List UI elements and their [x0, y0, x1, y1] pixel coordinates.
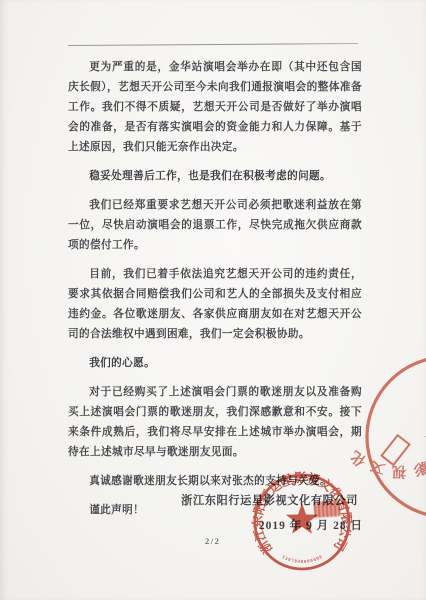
page-number: 2/2: [205, 536, 220, 546]
scanned-statement-page: 更为严重的是，金华站演唱会举办在即（其中还包含国庆长假），艺想天开公司至今未向我…: [0, 0, 426, 600]
svg-text:3307840000000: 3307840000000: [281, 554, 323, 564]
seal-serial-number: 3307840000000: [281, 554, 323, 564]
body-paragraph: 目前，我们已着手依法追究艺想天开公司的违约责任，要求其依据合同赔偿我们公司和艺人…: [68, 265, 362, 345]
section-heading: 稳妥处理善后工作，也是我们在积极考虑的问题。: [68, 167, 362, 187]
section-heading: 我们的心愿。: [68, 354, 362, 374]
body-paragraph: 更为严重的是，金华站演唱会举办在即（其中还包含国庆长假），艺想天开公司至今未向我…: [68, 58, 362, 158]
company-seal: 浙江东阳行运星影视文化有限公司 3307840000000: [242, 462, 362, 582]
body-paragraph: 我们已经郑重要求艺想天开公司必须把歌迷利益放在第一位，尽快启动演唱会的退票工作，…: [68, 196, 362, 256]
header-divider-line: [68, 43, 358, 46]
red-stamp-fragment: [313, 500, 340, 518]
seal-code-box: [382, 435, 410, 465]
statement-body: 更为严重的是，金华站演唱会举办在即（其中还包含国庆长假），艺想天开公司至今未向我…: [68, 58, 362, 530]
